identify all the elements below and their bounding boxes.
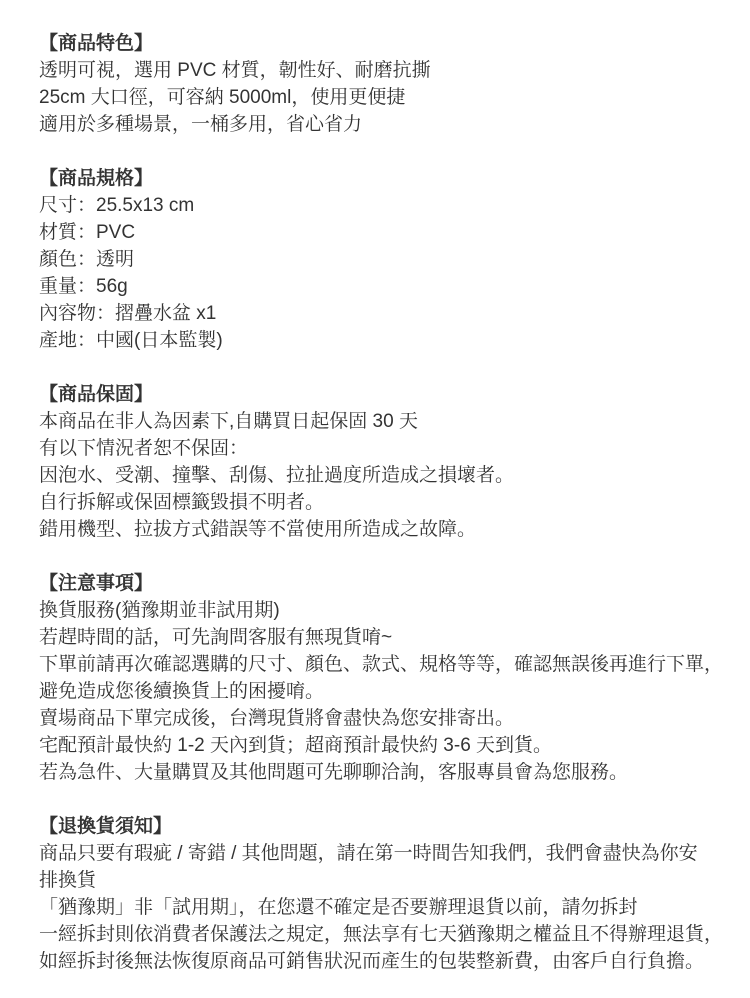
spec-origin: 產地：中國(日本監製) (39, 327, 732, 354)
spec-weight: 重量：56g (39, 273, 732, 300)
text-line: 自行拆解或保固標籤毀損不明者。 (39, 489, 732, 516)
spec-color: 顏色：透明 (39, 246, 732, 273)
section-heading-warranty: 【商品保固】 (39, 381, 732, 408)
spec-contents: 內容物：摺疊水盆 x1 (39, 300, 732, 327)
text-line: 適用於多種場景，一桶多用，省心省力 (39, 111, 732, 138)
section-heading-return-policy: 【退換貨須知】 (39, 813, 732, 840)
text-line: 若趕時間的話，可先詢問客服有無現貨唷~ (39, 624, 732, 651)
section-heading-notes: 【注意事項】 (39, 570, 732, 597)
text-line: 排換貨 (39, 867, 732, 894)
text-line: 換貨服務(猶豫期並非試用期) (39, 597, 732, 624)
text-line: 避免造成您後續換貨上的困擾唷。 (39, 678, 732, 705)
text-line: 商品只要有瑕疵 / 寄錯 / 其他問題，請在第一時間告知我們，我們會盡快為你安 (39, 840, 732, 867)
text-line: 25cm 大口徑，可容納 5000ml，使用更便捷 (39, 84, 732, 111)
section-product-specs: 【商品規格】 尺寸：25.5x13 cm 材質：PVC 顏色：透明 重量：56g… (39, 165, 732, 354)
text-line: 賣場商品下單完成後，台灣現貨將會盡快為您安排寄出。 (39, 705, 732, 732)
text-line: 下單前請再次確認選購的尺寸、顏色、款式、規格等等，確認無誤後再進行下單， (39, 651, 732, 678)
text-line: 如經拆封後無法恢復原商品可銷售狀況而產生的包裝整新費，由客戶自行負擔。 (39, 948, 732, 975)
section-warranty: 【商品保固】 本商品在非人為因素下,自購買日起保固 30 天 有以下情況者恕不保… (39, 381, 732, 543)
section-notes: 【注意事項】 換貨服務(猶豫期並非試用期) 若趕時間的話，可先詢問客服有無現貨唷… (39, 570, 732, 786)
section-return-policy: 【退換貨須知】 商品只要有瑕疵 / 寄錯 / 其他問題，請在第一時間告知我們，我… (39, 813, 732, 975)
text-line: 有以下情況者恕不保固： (39, 435, 732, 462)
text-line: 宅配預計最快約 1-2 天內到貨；超商預計最快約 3-6 天到貨。 (39, 732, 732, 759)
text-line: 本商品在非人為因素下,自購買日起保固 30 天 (39, 408, 732, 435)
text-line: 錯用機型、拉拔方式錯誤等不當使用所造成之故障。 (39, 516, 732, 543)
section-heading-specs: 【商品規格】 (39, 165, 732, 192)
section-product-features: 【商品特色】 透明可視，選用 PVC 材質，韌性好、耐磨抗撕 25cm 大口徑，… (39, 30, 732, 138)
spec-size: 尺寸：25.5x13 cm (39, 192, 732, 219)
text-line: 因泡水、受潮、撞擊、刮傷、拉扯過度所造成之損壞者。 (39, 462, 732, 489)
text-line: 透明可視，選用 PVC 材質，韌性好、耐磨抗撕 (39, 57, 732, 84)
text-line: 「猶豫期」非「試用期」，在您還不確定是否要辦理退貨以前，請勿拆封 (39, 894, 732, 921)
text-line: 一經拆封則依消費者保護法之規定，無法享有七天猶豫期之權益且不得辦理退貨， (39, 921, 732, 948)
product-description: 【商品特色】 透明可視，選用 PVC 材質，韌性好、耐磨抗撕 25cm 大口徑，… (39, 30, 732, 975)
text-line: 若為急件、大量購買及其他問題可先聊聊洽詢，客服專員會為您服務。 (39, 759, 732, 786)
spec-material: 材質：PVC (39, 219, 732, 246)
section-heading-features: 【商品特色】 (39, 30, 732, 57)
